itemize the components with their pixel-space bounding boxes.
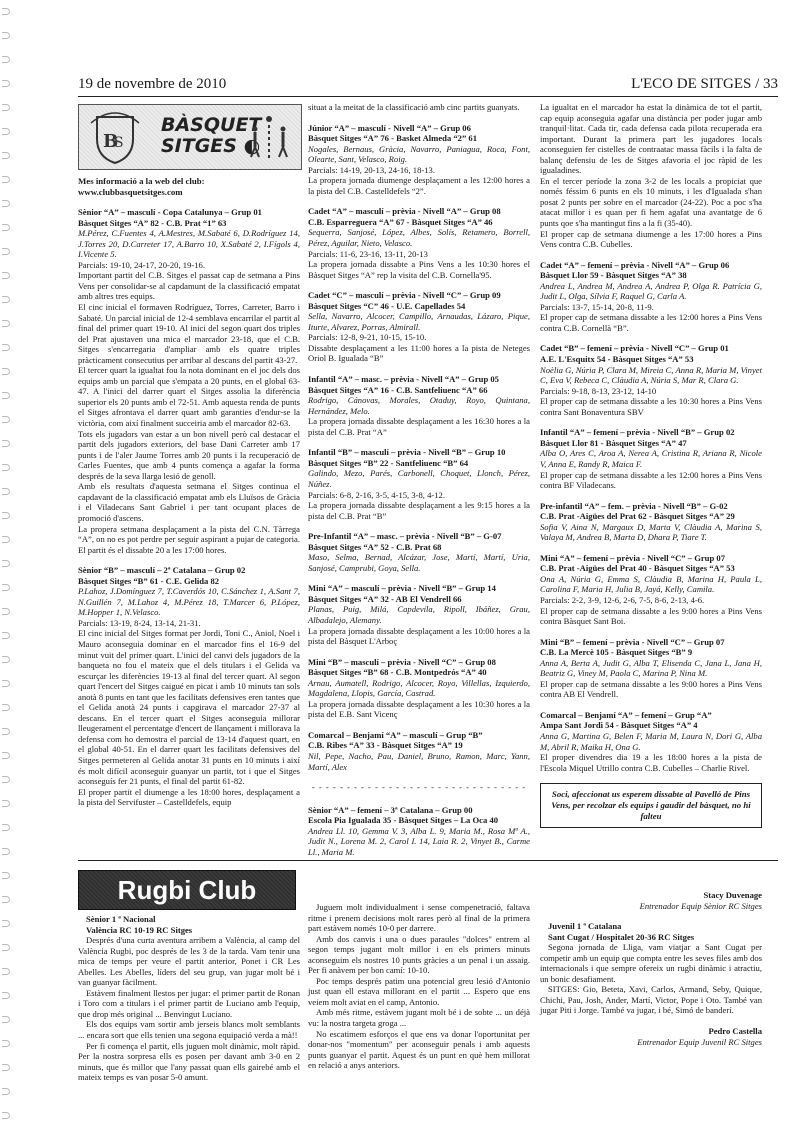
match-header: Sènior “A” – femení – 3ª Catalana – Grup… — [308, 805, 530, 816]
binder-hole — [2, 776, 10, 783]
player-list: Anna A, Berta A, Judit G, Alba T, Elisen… — [540, 658, 762, 679]
player-list: Sequerra, Sanjosé, López, Albes, Solís, … — [308, 227, 530, 248]
binder-hole — [2, 632, 10, 639]
match-report: Infantil “B” – masculí – prèvia - Nivell… — [308, 447, 530, 521]
next-match-note: La propera jornada dissabte a Pins Vens … — [308, 259, 530, 280]
match-report: Pre-infantil “A” – fem. – prèvia - Nivel… — [540, 501, 762, 543]
binder-hole — [2, 200, 10, 207]
column-1: B S BÀSQUET SITGES ◐ Mes informació a la… — [78, 104, 300, 818]
binder-hole — [2, 1112, 10, 1119]
match-header: Mini “B” – femení – prèvia - Nivell “C” … — [540, 637, 762, 648]
next-match-note: El proper cap de setmana dissabte a les … — [540, 396, 762, 417]
binder-hole — [2, 80, 10, 87]
next-match-note: La propera jornada dissabte desplaçament… — [308, 626, 530, 647]
binder-hole — [2, 560, 10, 567]
match-header: Pre-infantil “A” – fem. – prèvia - Nivel… — [540, 501, 762, 512]
rugby-result: Sant Cugat / Hospitalet 20-36 RC Sitges — [540, 932, 762, 943]
match-header: Sènior “B” – masculí – 2ª Catalana – Gru… — [78, 565, 300, 576]
partials: Parcials: 13-7, 15-14, 20-8, 11-9. — [540, 302, 762, 313]
rugby-category: Sènior 1 ª Nacional — [78, 914, 300, 925]
match-header: Infantil “A” – masc. – prèvia - Nivell “… — [308, 374, 530, 385]
match-report: Cadet “C” – masculí – prèvia - Nivell “C… — [308, 290, 530, 364]
match-header: Mini “A” – masculí – prèvia - Nivell “B”… — [308, 583, 530, 594]
column-3: La igualtat en el marcador ha estat la d… — [540, 80, 762, 828]
binder-hole — [2, 968, 10, 975]
match-header: Júnior “A” – masculí - Nivell “A” – Grup… — [308, 123, 530, 134]
binder-hole — [2, 272, 10, 279]
partials: Parcials: 12-8, 9-21, 10-15, 15-10. — [308, 332, 530, 343]
match-report: Comarcal – Benjamí “A” – masculí – Grup … — [308, 730, 530, 772]
player-list: Rodrigo, Cánovas, Morales, Otaduy, Royo,… — [308, 395, 530, 416]
binder-hole — [2, 152, 10, 159]
match-result: C.B. Prat -Aigües del Prat 62 - Bàsquet … — [540, 511, 762, 522]
match-result: Bàsquet Sitges “A” 32 - AB El Vendrell 6… — [308, 594, 530, 605]
club-crest-icon: B S — [87, 109, 143, 165]
binder-hole — [2, 896, 10, 903]
match-report: Comarcal – Benjamí “A” – femení – Grup “… — [540, 710, 762, 773]
match-result: Bàsquet Sitges “B” 68 - C.B. Montpedrós … — [308, 667, 530, 678]
binder-hole — [2, 320, 10, 327]
next-match-note: La propera jornada dissabte desplaçament… — [308, 699, 530, 720]
match-result: Bàsquet Sitges “B” 22 - Santfeliuenc “B”… — [308, 458, 530, 469]
match-report: Pre-Infantil “A” – masc. – prèvia - Nive… — [308, 531, 530, 573]
binder-hole — [2, 8, 10, 15]
match-report: Mini “A” – femení – prèvia - Nivell “C” … — [540, 553, 762, 627]
juvenil-coach-signature: Pedro Castella Entrenador Equip Juvenil … — [540, 1026, 762, 1047]
next-match-note: El proper cap de setmana dissabte a les … — [540, 470, 762, 491]
match-report: Cadet “A” – femení – prèvia - Nivell “A”… — [540, 260, 762, 334]
binder-hole — [2, 128, 10, 135]
rugby-column-1: Sènior 1 ª Nacional València RC 10-19 RC… — [78, 914, 300, 1083]
match-result: Bàsquet Sitges “B” 61 - C.E. Gelida 82 — [78, 576, 300, 587]
binder-hole — [2, 1088, 10, 1095]
player-list: M.Pérez, C.Fuentes 4, A.Mestres, M.Sabat… — [78, 228, 300, 260]
partials: Parcials: 14-19, 20-13, 24-16, 18-13. — [308, 165, 530, 176]
match-report: Mini “A” – masculí – prèvia - Nivell “B”… — [308, 583, 530, 646]
binder-hole — [2, 56, 10, 63]
basketball-players-icon — [245, 113, 293, 161]
column-2: situat a la meitat de la classificació a… — [308, 102, 530, 867]
match-header: Cadet “A” – femení – prèvia - Nivell “A”… — [540, 260, 762, 271]
partials: Parcials: 9-18, 8-13, 23-12, 14-10 — [540, 386, 762, 397]
rugby-category: Juvenil 1 ª Catalana — [540, 921, 762, 932]
match-result: A.E. L'Esquitx 54 - Bàsquet Sitges “A” 5… — [540, 354, 762, 365]
partials: Parcials: 6-8, 2-16, 3-5, 4-15, 3-8, 4-1… — [308, 490, 530, 501]
binder-hole — [2, 104, 10, 111]
player-list: Nogales, Bernaus, Gràcia, Navarro, Pania… — [308, 144, 530, 165]
binder-hole — [2, 944, 10, 951]
match-header: Cadet “A” – masculí – prèvia - Nivell “A… — [308, 206, 530, 217]
match-header: Infantil “B” – masculí – prèvia - Nivell… — [308, 447, 530, 458]
binder-hole — [2, 248, 10, 255]
binder-hole — [2, 872, 10, 879]
match-result: Bàsquet Sitges “A” 16 - C.B. Santfeliuen… — [308, 385, 530, 396]
senior-fem-article: Sènior “A” – femení – 3ª Catalana – Grup… — [308, 805, 530, 858]
match-header: Infantil “A” – femení – prèvia - Nivell … — [540, 427, 762, 438]
match-report: Mini “B” – masculí – prèvia - Nivell “C”… — [308, 657, 530, 720]
binder-hole — [2, 800, 10, 807]
partials: Parcials: 13-19, 8-24, 13-14, 21-31. — [78, 618, 300, 629]
rugby-column-3: Stacy Duvenage Entrenador Equip Sènior R… — [540, 870, 762, 1047]
match-report: Infantil “A” – femení – prèvia - Nivell … — [540, 427, 762, 490]
binder-hole — [2, 32, 10, 39]
basquet-sitges-logo: B S BÀSQUET SITGES ◐ — [78, 104, 302, 170]
match-header: Sènior “A” – masculí - Copa Catalunya – … — [78, 207, 300, 218]
player-list: Ona A, Núria G, Emma S, Clàudia B, Marin… — [540, 574, 762, 595]
player-list: P.Lahoz, J.Domínguez 7, T.Caverdós 10, C… — [78, 586, 300, 618]
senior-b-article: Sènior “B” – masculí – 2ª Catalana – Gru… — [78, 565, 300, 808]
binder-hole — [2, 488, 10, 495]
next-match-note: El proper divendres dia 19 a les 18:00 h… — [540, 752, 762, 773]
player-list: Sofia V, Aina N, Margaux D, Marta V, Clà… — [540, 522, 762, 543]
rugby-result: València RC 10-19 RC Sitges — [78, 925, 300, 936]
binder-hole — [2, 680, 10, 687]
senior-coach-signature: Stacy Duvenage Entrenador Equip Sènior R… — [540, 890, 762, 911]
match-result: Bàsquet Sitges “C” 46 - U.E. Capellades … — [308, 301, 530, 312]
next-match-note: Dissabte desplaçament a les 11:00 hores … — [308, 343, 530, 364]
partials: Parcials: 11-6, 23-16, 13-11, 20-13 — [308, 249, 530, 260]
match-result: C.B. La Mercè 105 - Bàsquet Sitges “B” 9 — [540, 647, 762, 658]
next-match-note: La propera jornada diumenge desplaçament… — [308, 175, 530, 196]
player-list: Arnau, Aumatell, Rodrigo, Alcocer, Royo,… — [308, 678, 530, 699]
player-list: Nil, Pepe, Nacho, Pau, Daniel, Bruno, Ra… — [308, 751, 530, 772]
match-report: Cadet “B” – femení – prèvia - Nivell “C”… — [540, 343, 762, 417]
match-result: C.B. Ribes “A” 33 - Bàsquet Sitges “A” 1… — [308, 740, 530, 751]
match-report: Mini “B” – femení – prèvia - Nivell “C” … — [540, 637, 762, 700]
binder-hole — [2, 824, 10, 831]
binder-hole — [2, 512, 10, 519]
match-header: Pre-Infantil “A” – masc. – prèvia - Nive… — [308, 531, 530, 542]
binder-hole — [2, 656, 10, 663]
binder-hole — [2, 752, 10, 759]
binder-hole — [2, 224, 10, 231]
match-result: Bàsquet Llor 59 - Bàsquet Sitges “A” 38 — [540, 270, 762, 281]
partials: Parcials: 19-10, 24-17, 20-20, 19-16. — [78, 260, 300, 271]
binder-hole — [2, 920, 10, 927]
binder-hole — [2, 176, 10, 183]
match-result: Bàsquet Sitges “A” 52 - C.B. Prat 68 — [308, 542, 530, 553]
binder-hole — [2, 344, 10, 351]
match-header: Comarcal – Benjamí “A” – masculí – Grup … — [308, 730, 530, 741]
binder-hole — [2, 536, 10, 543]
match-result: Bàsquet Sitges “A” 76 - Basket Almeda “2… — [308, 133, 530, 144]
binder-hole — [2, 848, 10, 855]
match-result: Escola Pia Igualada 35 - Bàsquet Sitges … — [308, 815, 530, 826]
match-result: C.B. Prat -Aigües del Prat 40 - Bàsquet … — [540, 563, 762, 574]
binder-hole — [2, 464, 10, 471]
binder-holes — [0, 0, 14, 1132]
binder-hole — [2, 728, 10, 735]
next-match-note: El proper cap de setmana dissabte a les … — [540, 679, 762, 700]
binder-hole — [2, 608, 10, 615]
section-divider — [78, 860, 778, 861]
player-list: Alba O, Ares C, Aroa A, Nerea A, Cristin… — [540, 448, 762, 469]
binder-hole — [2, 1016, 10, 1023]
next-match-note: El proper cap de setmana dissabte a les … — [540, 312, 762, 333]
binder-hole — [2, 296, 10, 303]
match-report: Infantil “A” – masc. – prèvia - Nivell “… — [308, 374, 530, 437]
partials: Parcials: 2-2, 3-9, 12-6, 2-6, 7-5, 8-6,… — [540, 595, 762, 606]
match-result: C.B. Esparreguera “A” 67 - Bàsquet Sitge… — [308, 217, 530, 228]
section-separator: - - - - - - - - - - - - - - - - - - - - … — [308, 782, 530, 793]
binder-hole — [2, 368, 10, 375]
binder-hole — [2, 1040, 10, 1047]
player-list: Galindo, Mezo, Parés, Carbonell, Choquet… — [308, 468, 530, 489]
match-header: Comarcal – Benjamí “A” – femení – Grup “… — [540, 710, 762, 721]
player-list: Noèlia G, Núria P, Clara M, Mireia C, An… — [540, 365, 762, 386]
binder-hole — [2, 392, 10, 399]
player-list: Sella, Navarro, Alcocer, Campillo, Arnau… — [308, 311, 530, 332]
continued-text: situat a la meitat de la classificació a… — [308, 102, 530, 113]
match-report: Cadet “A” – masculí – prèvia - Nivell “A… — [308, 206, 530, 280]
match-header: Mini “B” – masculí – prèvia - Nivell “C”… — [308, 657, 530, 668]
match-header: Mini “A” – femení – prèvia - Nivell “C” … — [540, 553, 762, 564]
club-web-info: Mes informació a la web del club: www.cl… — [78, 176, 300, 197]
issue-date: 19 de novembre de 2010 — [78, 76, 226, 93]
rugby-column-2-text: Juguem molt individualment i sense compe… — [308, 870, 530, 1071]
match-result: Bàsquet Sitges “A” 82 - C.B. Prat “1” 63 — [78, 218, 300, 229]
supporters-notice: Soci, afeccionat us esperem dissabte al … — [540, 783, 762, 828]
next-match-note: La propera jornada dissabte desplaçament… — [308, 416, 530, 437]
player-list: Planas, Puig, Milá, Capdevila, Ripoll, I… — [308, 604, 530, 625]
rugby-club-banner: Rugbi Club Sitges — [78, 870, 296, 910]
binder-hole — [2, 416, 10, 423]
next-match-note: El proper cap de setmana dissabte a les … — [540, 606, 762, 627]
match-report: Júnior “A” – masculí - Nivell “A” – Grup… — [308, 123, 530, 197]
match-result: Ampa Sant Jordi 54 - Bàsquet Sitges “A” … — [540, 720, 762, 731]
binder-hole — [2, 704, 10, 711]
match-header: Cadet “C” – masculí – prèvia - Nivell “C… — [308, 290, 530, 301]
player-list: Andrea L, Andrea M, Andrea A, Andrea P, … — [540, 281, 762, 302]
player-list: Anna G, Martina G, Belen F, Maria M, Lau… — [540, 731, 762, 752]
binder-hole — [2, 992, 10, 999]
player-list: Maso, Selma, Bernad, Alcázar, Jose, Mart… — [308, 552, 530, 573]
player-list: Andrea Ll. 10, Gemma V. 3, Alba L. 9, Ma… — [308, 826, 530, 858]
svg-text:S: S — [114, 135, 124, 151]
senior-a-article: Sènior “A” – masculí - Copa Catalunya – … — [78, 207, 300, 555]
match-result: Bàsquet Llor 81 - Bàsquet Sitges “A” 47 — [540, 438, 762, 449]
binder-hole — [2, 440, 10, 447]
senior-fem-continued: La igualtat en el marcador ha estat la d… — [540, 102, 762, 250]
match-header: Cadet “B” – femení – prèvia - Nivell “C”… — [540, 343, 762, 354]
binder-hole — [2, 1064, 10, 1071]
next-match-note: La propera jornada dissabte desplaçament… — [308, 500, 530, 521]
club-website-link[interactable]: www.clubbasquetsitges.com — [78, 187, 300, 198]
binder-hole — [2, 584, 10, 591]
